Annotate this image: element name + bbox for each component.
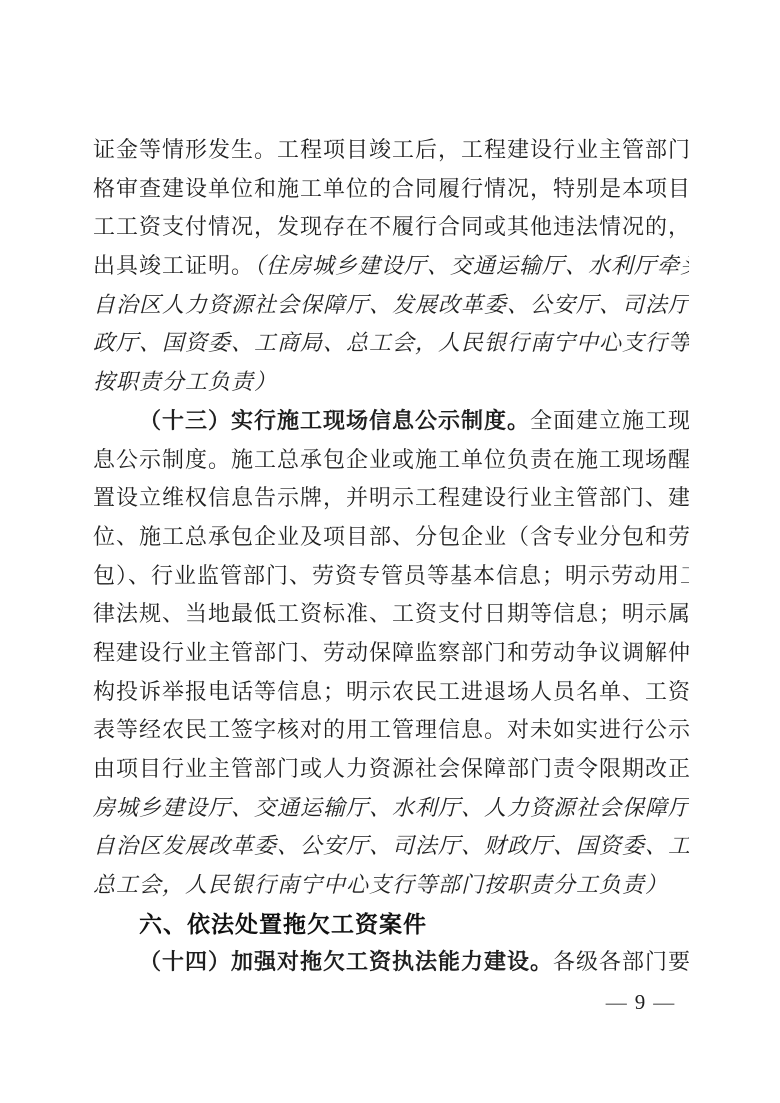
page-number-value: 9 bbox=[635, 990, 646, 1015]
text-line: 政厅、国资委、工商局、总工会，人民银行南宁中心支行等部门 bbox=[93, 324, 689, 363]
text-line: 自治区发展改革委、公安厅、司法厅、财政厅、国资委、工商局、 bbox=[93, 827, 689, 866]
page-number-dash-right: — bbox=[653, 990, 674, 1015]
text-segment: 程建设行业主管部门、劳动保障监察部门和劳动争议调解仲裁机 bbox=[93, 640, 689, 665]
text-segment: 证金等情形发生。工程项目竣工后，工程建设行业主管部门要严 bbox=[93, 137, 689, 162]
text-line: 位、施工总承包企业及项目部、分包企业（含专业分包和劳务分 bbox=[93, 518, 689, 557]
text-line: 证金等情形发生。工程项目竣工后，工程建设行业主管部门要严 bbox=[93, 131, 689, 170]
text-line: 表等经农民工签字核对的用工管理信息。对未如实进行公示的， bbox=[93, 711, 689, 750]
document-page: 证金等情形发生。工程项目竣工后，工程建设行业主管部门要严 格审查建设单位和施工单… bbox=[0, 0, 780, 1103]
text-segment: 按职责分工负责） bbox=[93, 369, 277, 394]
text-segment: 自治区发展改革委、公安厅、司法厅、财政厅、国资委、工商局、 bbox=[93, 833, 689, 858]
text-segment: 房城乡建设厅、交通运输厅、水利厅、人力资源社会保障厅牵头， bbox=[93, 795, 689, 820]
section-heading-text: 六、依法处置拖欠工资案件 bbox=[139, 911, 427, 937]
text-segment: 由项目行业主管部门或人力资源社会保障部门责令限期改正。 bbox=[93, 756, 689, 781]
text-segment: 表等经农民工签字核对的用工管理信息。对未如实进行公示的， bbox=[93, 717, 689, 742]
text-segment: 自治区人力资源社会保障厅、发展改革委、公安厅、司法厅、财 bbox=[93, 292, 689, 317]
text-line: 自治区人力资源社会保障厅、发展改革委、公安厅、司法厅、财 bbox=[93, 286, 689, 325]
text-line: （十四）加强对拖欠工资执法能力建设。各级各部门要进一 bbox=[93, 943, 689, 982]
text-block: 证金等情形发生。工程项目竣工后，工程建设行业主管部门要严 格审查建设单位和施工单… bbox=[93, 131, 689, 982]
text-line: 由项目行业主管部门或人力资源社会保障部门责令限期改正。（住 bbox=[93, 750, 689, 789]
text-line: 构投诉举报电话等信息；明示农民工进退场人员名单、工资发放 bbox=[93, 673, 689, 712]
text-line: 按职责分工负责） bbox=[93, 363, 689, 402]
text-line: 息公示制度。施工总承包企业或施工单位负责在施工现场醒目位 bbox=[93, 441, 689, 480]
text-line: 总工会，人民银行南宁中心支行等部门按职责分工负责） bbox=[93, 866, 689, 905]
text-line: 置设立维权信息告示牌，并明示工程建设行业主管部门、建设单 bbox=[93, 479, 689, 518]
text-segment: 构投诉举报电话等信息；明示农民工进退场人员名单、工资发放 bbox=[93, 679, 689, 704]
text-segment: （住房城乡建设厅、交通运输厅、水利厅牵头， bbox=[254, 253, 689, 278]
text-segment: 息公示制度。施工总承包企业或施工单位负责在施工现场醒目位 bbox=[93, 447, 689, 472]
text-line: 出具竣工证明。（住房城乡建设厅、交通运输厅、水利厅牵头， bbox=[93, 247, 689, 286]
section-heading: 六、依法处置拖欠工资案件 bbox=[93, 905, 689, 944]
text-line: 程建设行业主管部门、劳动保障监察部门和劳动争议调解仲裁机 bbox=[93, 634, 689, 673]
text-segment: 格审查建设单位和施工单位的合同履行情况，特别是本项目农民 bbox=[93, 176, 689, 201]
text-segment: 律法规、当地最低工资标准、工资支付日期等信息；明示属地工 bbox=[93, 601, 689, 626]
text-segment: 置设立维权信息告示牌，并明示工程建设行业主管部门、建设单 bbox=[93, 485, 689, 510]
text-segment: 全面建立施工现场信 bbox=[530, 408, 689, 433]
text-segment: 政厅、国资委、工商局、总工会，人民银行南宁中心支行等部门 bbox=[93, 330, 689, 355]
text-segment: 各级各部门要进一 bbox=[553, 949, 689, 974]
text-line: 律法规、当地最低工资标准、工资支付日期等信息；明示属地工 bbox=[93, 595, 689, 634]
item-title-segment: （十三）实行施工现场信息公示制度。 bbox=[139, 408, 530, 433]
text-line: 包）、行业监管部门、劳资专管员等基本信息；明示劳动用工法 bbox=[93, 557, 689, 596]
text-segment: 总工会，人民银行南宁中心支行等部门按职责分工负责） bbox=[93, 872, 668, 897]
text-line: 格审查建设单位和施工单位的合同履行情况，特别是本项目农民 bbox=[93, 170, 689, 209]
text-line: 工工资支付情况，发现存在不履行合同或其他违法情况的，不予 bbox=[93, 208, 689, 247]
text-segment: 位、施工总承包企业及项目部、分包企业（含专业分包和劳务分 bbox=[93, 524, 689, 549]
page-number: — 9 — bbox=[595, 990, 685, 1015]
text-segment: 包）、行业监管部门、劳资专管员等基本信息；明示劳动用工法 bbox=[93, 563, 689, 588]
page-number-dash-left: — bbox=[606, 990, 627, 1015]
text-segment: 出具竣工证明。 bbox=[93, 253, 254, 278]
item-title-segment: （十四）加强对拖欠工资执法能力建设。 bbox=[139, 949, 553, 974]
text-line: （十三）实行施工现场信息公示制度。全面建立施工现场信 bbox=[93, 402, 689, 441]
text-segment: 工工资支付情况，发现存在不履行合同或其他违法情况的，不予 bbox=[93, 214, 689, 239]
text-line: 房城乡建设厅、交通运输厅、水利厅、人力资源社会保障厅牵头， bbox=[93, 789, 689, 828]
